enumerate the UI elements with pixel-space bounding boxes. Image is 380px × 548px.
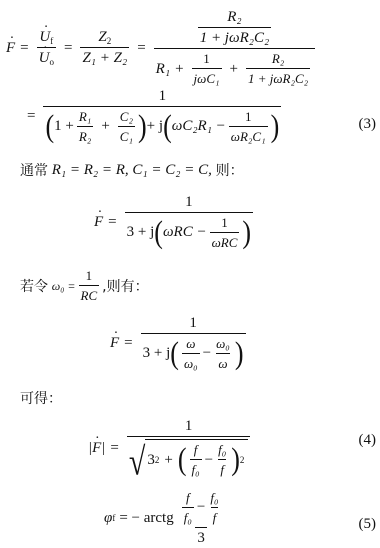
equation-omega: F = 1 3 + j ( ωω₀ − ω₀ω ) <box>110 308 249 378</box>
voltage-ratio: Uf Uo <box>37 29 56 67</box>
text-result-intro: 可得： <box>20 388 62 408</box>
sqrt-symbol: √ 32 + ( ff₀ − f₀f )2 <box>129 439 249 478</box>
text-let-omega0: 若令 ω₀ = 1RC ,则有： <box>20 268 149 304</box>
equation-number-3: (3) <box>359 116 377 133</box>
equation-5-phase: φf = − arctg ff₀ − f₀f 3 <box>104 488 228 548</box>
equation-simplified: F = 1 3 + j ( ωRC − 1ωRC ) <box>94 192 256 252</box>
text-usual-condition: 通常 R₁ = R₂ = R, C₁ = C₂ = C, 则： <box>20 160 244 180</box>
impedance-ratio: Z2 Z₁ + Z₂ <box>80 29 129 67</box>
equation-transfer-function: F = Uf Uo = Z2 Z₁ + Z₂ = R₂ 1 + jωR₂C₂ R… <box>6 8 318 88</box>
equation-3: = 1 ( 1 + R₁R₂ + C₂C₁ ) + j ( ωC₂R₁ − 1ω… <box>22 86 284 146</box>
equation-number-5: (5) <box>359 516 377 533</box>
equation-4-magnitude: |F| = 1 √ 32 + ( ff₀ − f₀f )2 <box>88 408 253 488</box>
equation-number-4: (4) <box>359 432 377 449</box>
f-dot-symbol: F <box>6 40 15 57</box>
expanded-ratio: R₂ 1 + jωR₂C₂ R₁ + 1 jωC₁ + R₂ 1 + jωR₂C… <box>154 9 316 87</box>
